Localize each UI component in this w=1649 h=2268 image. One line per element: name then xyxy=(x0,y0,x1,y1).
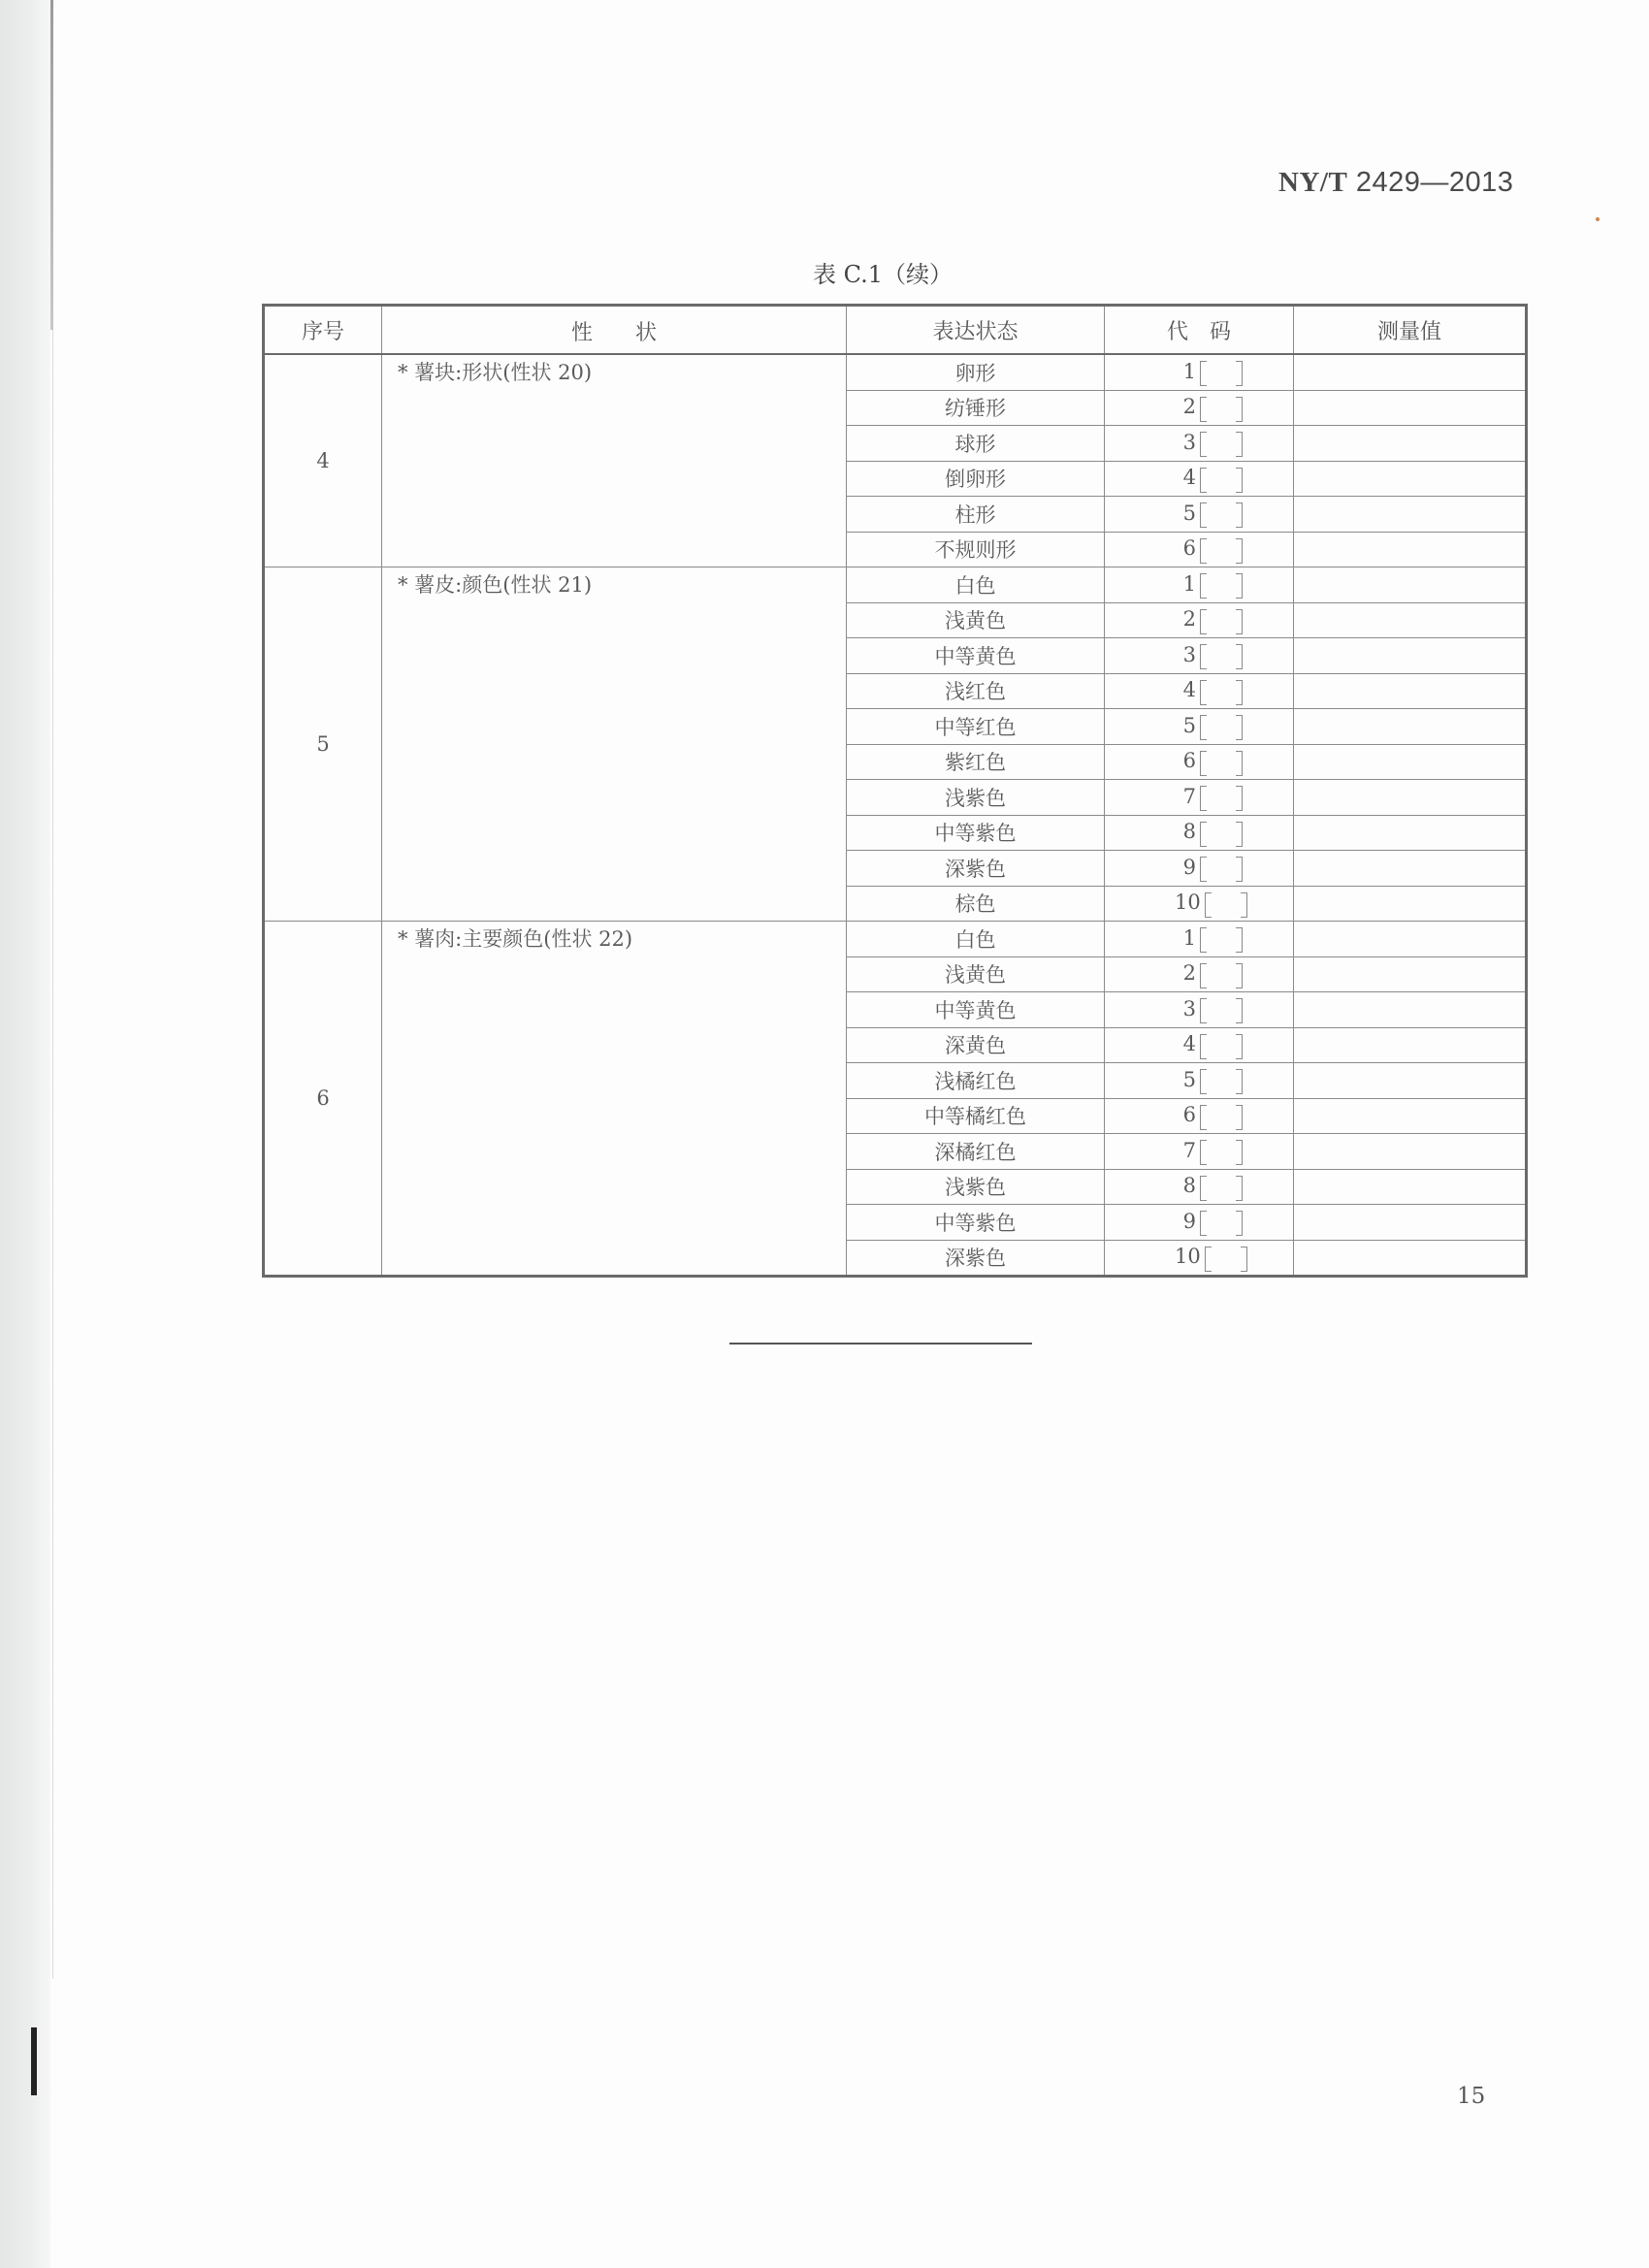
code-checkbox[interactable] xyxy=(1200,1068,1243,1093)
code-number: 3 xyxy=(1175,643,1196,666)
page-number: 15 xyxy=(1457,2084,1485,2109)
measured-value-cell[interactable] xyxy=(1294,1063,1527,1099)
expression-state: 浅红色 xyxy=(847,673,1105,709)
code-cell: 3 xyxy=(1105,638,1294,674)
code-number: 8 xyxy=(1175,1174,1196,1197)
measured-value-cell[interactable] xyxy=(1294,1169,1527,1205)
code-number: 10 xyxy=(1175,891,1201,914)
code-entry: 4 xyxy=(1175,1032,1258,1058)
measured-value-cell[interactable] xyxy=(1294,709,1527,745)
code-number: 5 xyxy=(1175,502,1196,525)
code-cell: 10 xyxy=(1105,886,1294,922)
measured-value-cell[interactable] xyxy=(1294,956,1527,992)
code-number: 2 xyxy=(1175,607,1196,631)
code-number: 6 xyxy=(1175,749,1196,772)
code-entry: 3 xyxy=(1175,643,1258,669)
expression-state: 紫红色 xyxy=(847,744,1105,780)
standard-number: 2429—2013 xyxy=(1356,167,1514,198)
code-cell: 1 xyxy=(1105,354,1294,390)
code-number: 6 xyxy=(1175,1103,1196,1126)
scan-edge-mark xyxy=(31,2027,37,2095)
trait-name: * 薯皮:颜色(性状 21) xyxy=(382,567,847,922)
measured-value-cell[interactable] xyxy=(1294,673,1527,709)
measured-value-cell[interactable] xyxy=(1294,815,1527,851)
expression-state: 中等橘红色 xyxy=(847,1098,1105,1134)
code-checkbox[interactable] xyxy=(1200,1104,1243,1129)
code-number: 3 xyxy=(1175,431,1196,454)
expression-state: 深紫色 xyxy=(847,1240,1105,1277)
code-cell: 8 xyxy=(1105,1169,1294,1205)
code-checkbox[interactable] xyxy=(1200,643,1243,668)
code-checkbox[interactable] xyxy=(1200,1210,1243,1235)
column-header-code: 代 码 xyxy=(1105,306,1294,355)
code-entry: 1 xyxy=(1175,572,1258,599)
code-entry: 2 xyxy=(1175,961,1258,988)
code-number: 1 xyxy=(1175,572,1196,596)
column-header-measured: 测量值 xyxy=(1294,306,1527,355)
code-checkbox[interactable] xyxy=(1200,679,1243,704)
code-entry: 6 xyxy=(1175,536,1258,563)
measured-value-cell[interactable] xyxy=(1294,992,1527,1028)
code-number: 3 xyxy=(1175,997,1196,1021)
code-number: 2 xyxy=(1175,395,1196,418)
code-cell: 1 xyxy=(1105,567,1294,603)
code-entry: 9 xyxy=(1175,1210,1258,1236)
code-checkbox[interactable] xyxy=(1200,997,1243,1022)
row-number: 6 xyxy=(264,922,382,1277)
scan-speck xyxy=(1596,217,1600,221)
expression-state: 浅紫色 xyxy=(847,1169,1105,1205)
expression-state: 中等红色 xyxy=(847,709,1105,745)
code-cell: 10 xyxy=(1105,1240,1294,1277)
expression-state: 深橘红色 xyxy=(847,1134,1105,1170)
code-cell: 7 xyxy=(1105,780,1294,816)
code-checkbox[interactable] xyxy=(1205,1246,1247,1271)
code-entry: 7 xyxy=(1175,1139,1258,1165)
code-checkbox[interactable] xyxy=(1200,431,1243,456)
code-cell: 5 xyxy=(1105,709,1294,745)
code-cell: 5 xyxy=(1105,1063,1294,1099)
code-number: 10 xyxy=(1175,1245,1201,1268)
code-entry: 10 xyxy=(1175,1245,1258,1271)
code-checkbox[interactable] xyxy=(1200,537,1243,563)
code-cell: 1 xyxy=(1105,922,1294,957)
table-body: 4* 薯块:形状(性状 20)卵形1纺锤形2球形3倒卵形4柱形5不规则形65* … xyxy=(264,354,1527,1277)
code-checkbox[interactable] xyxy=(1205,891,1247,917)
measured-value-cell[interactable] xyxy=(1294,532,1527,567)
code-number: 6 xyxy=(1175,536,1196,560)
expression-state: 中等紫色 xyxy=(847,815,1105,851)
code-number: 5 xyxy=(1175,714,1196,737)
expression-state: 卵形 xyxy=(847,354,1105,390)
code-cell: 3 xyxy=(1105,426,1294,462)
code-checkbox[interactable] xyxy=(1200,750,1243,775)
code-cell: 5 xyxy=(1105,497,1294,533)
expression-state: 浅橘红色 xyxy=(847,1063,1105,1099)
code-entry: 5 xyxy=(1175,1068,1258,1094)
trait-name: * 薯块:形状(性状 20) xyxy=(382,354,847,567)
expression-state: 中等紫色 xyxy=(847,1205,1105,1241)
code-cell: 4 xyxy=(1105,673,1294,709)
measured-value-cell[interactable] xyxy=(1294,744,1527,780)
code-entry: 6 xyxy=(1175,1103,1258,1129)
expression-state: 球形 xyxy=(847,426,1105,462)
measured-value-cell[interactable] xyxy=(1294,851,1527,887)
expression-state: 棕色 xyxy=(847,886,1105,922)
expression-state: 纺锤形 xyxy=(847,390,1105,426)
expression-state: 浅黄色 xyxy=(847,956,1105,992)
trait-table: 序号 性 状 表达状态 代 码 测量值 4* 薯块:形状(性状 20)卵形1纺锤… xyxy=(262,304,1528,1278)
code-number: 5 xyxy=(1175,1068,1196,1091)
measured-value-cell[interactable] xyxy=(1294,1098,1527,1134)
code-entry: 7 xyxy=(1175,785,1258,811)
end-of-document-rule xyxy=(729,1343,1032,1345)
code-number: 9 xyxy=(1175,1210,1196,1233)
expression-state: 中等黄色 xyxy=(847,638,1105,674)
code-entry: 2 xyxy=(1175,607,1258,633)
code-checkbox[interactable] xyxy=(1200,962,1243,988)
measured-value-cell[interactable] xyxy=(1294,567,1527,603)
code-checkbox[interactable] xyxy=(1200,502,1243,527)
table-caption: 表 C.1（续） xyxy=(0,255,1649,289)
code-number: 4 xyxy=(1175,1032,1196,1055)
expression-state: 浅紫色 xyxy=(847,780,1105,816)
code-checkbox[interactable] xyxy=(1200,926,1243,952)
code-number: 8 xyxy=(1175,820,1196,843)
trait-name: * 薯肉:主要颜色(性状 22) xyxy=(382,922,847,1277)
row-number: 4 xyxy=(264,354,382,567)
code-number: 7 xyxy=(1175,1139,1196,1162)
measured-value-cell[interactable] xyxy=(1294,602,1527,638)
standard-code: NY/T 2429—2013 xyxy=(1278,167,1513,199)
measured-value-cell[interactable] xyxy=(1294,1205,1527,1241)
code-checkbox[interactable] xyxy=(1200,608,1243,633)
expression-state: 白色 xyxy=(847,567,1105,603)
code-entry: 8 xyxy=(1175,1174,1258,1200)
column-header-trait: 性 状 xyxy=(382,306,847,355)
expression-state: 深黄色 xyxy=(847,1027,1105,1063)
scan-spine-shadow xyxy=(0,0,50,2268)
code-checkbox[interactable] xyxy=(1200,467,1243,492)
code-checkbox[interactable] xyxy=(1200,1033,1243,1058)
code-cell: 2 xyxy=(1105,602,1294,638)
code-cell: 9 xyxy=(1105,851,1294,887)
code-entry: 5 xyxy=(1175,502,1258,528)
measured-value-cell[interactable] xyxy=(1294,886,1527,922)
code-cell: 8 xyxy=(1105,815,1294,851)
code-entry: 3 xyxy=(1175,997,1258,1023)
code-entry: 1 xyxy=(1175,360,1258,386)
table-row: 6* 薯肉:主要颜色(性状 22)白色1 xyxy=(264,922,1527,957)
table-row: 4* 薯块:形状(性状 20)卵形1 xyxy=(264,354,1527,390)
code-checkbox[interactable] xyxy=(1200,572,1243,598)
measured-value-cell[interactable] xyxy=(1294,638,1527,674)
code-entry: 8 xyxy=(1175,820,1258,846)
code-entry: 2 xyxy=(1175,395,1258,421)
expression-state: 不规则形 xyxy=(847,532,1105,567)
measured-value-cell[interactable] xyxy=(1294,390,1527,426)
table-header-row: 序号 性 状 表达状态 代 码 测量值 xyxy=(264,306,1527,355)
expression-state: 浅黄色 xyxy=(847,602,1105,638)
expression-state: 柱形 xyxy=(847,497,1105,533)
measured-value-cell[interactable] xyxy=(1294,1240,1527,1277)
code-number: 7 xyxy=(1175,785,1196,808)
code-cell: 6 xyxy=(1105,1098,1294,1134)
code-entry: 4 xyxy=(1175,466,1258,492)
column-header-no: 序号 xyxy=(264,306,382,355)
code-number: 4 xyxy=(1175,466,1196,489)
code-number: 1 xyxy=(1175,360,1196,383)
code-cell: 6 xyxy=(1105,532,1294,567)
code-entry: 6 xyxy=(1175,749,1258,775)
measured-value-cell[interactable] xyxy=(1294,354,1527,390)
code-entry: 4 xyxy=(1175,678,1258,704)
code-cell: 4 xyxy=(1105,1027,1294,1063)
code-entry: 10 xyxy=(1175,891,1258,917)
standard-prefix: NY/T xyxy=(1278,167,1347,198)
measured-value-cell[interactable] xyxy=(1294,497,1527,533)
scan-binding-line-faint xyxy=(52,330,53,1979)
code-cell: 2 xyxy=(1105,390,1294,426)
row-number: 5 xyxy=(264,567,382,922)
code-number: 9 xyxy=(1175,856,1196,879)
code-entry: 9 xyxy=(1175,856,1258,882)
code-cell: 6 xyxy=(1105,744,1294,780)
expression-state: 深紫色 xyxy=(847,851,1105,887)
code-entry: 5 xyxy=(1175,714,1258,740)
code-cell: 2 xyxy=(1105,956,1294,992)
table-row: 5* 薯皮:颜色(性状 21)白色1 xyxy=(264,567,1527,603)
code-checkbox[interactable] xyxy=(1200,821,1243,846)
column-header-state: 表达状态 xyxy=(847,306,1105,355)
expression-state: 倒卵形 xyxy=(847,461,1105,497)
measured-value-cell[interactable] xyxy=(1294,1134,1527,1170)
code-checkbox[interactable] xyxy=(1200,714,1243,739)
code-cell: 4 xyxy=(1105,461,1294,497)
code-entry: 1 xyxy=(1175,926,1258,953)
expression-state: 中等黄色 xyxy=(847,992,1105,1028)
code-number: 1 xyxy=(1175,926,1196,950)
measured-value-cell[interactable] xyxy=(1294,1027,1527,1063)
code-checkbox[interactable] xyxy=(1200,396,1243,421)
measured-value-cell[interactable] xyxy=(1294,780,1527,816)
measured-value-cell[interactable] xyxy=(1294,461,1527,497)
code-cell: 3 xyxy=(1105,992,1294,1028)
measured-value-cell[interactable] xyxy=(1294,426,1527,462)
code-number: 2 xyxy=(1175,961,1196,985)
code-checkbox[interactable] xyxy=(1200,1175,1243,1200)
code-entry: 3 xyxy=(1175,431,1258,457)
code-cell: 7 xyxy=(1105,1134,1294,1170)
measured-value-cell[interactable] xyxy=(1294,922,1527,957)
code-cell: 9 xyxy=(1105,1205,1294,1241)
code-checkbox[interactable] xyxy=(1200,785,1243,810)
code-checkbox[interactable] xyxy=(1200,856,1243,881)
code-number: 4 xyxy=(1175,678,1196,701)
expression-state: 白色 xyxy=(847,922,1105,957)
code-checkbox[interactable] xyxy=(1200,1139,1243,1164)
code-checkbox[interactable] xyxy=(1200,360,1243,385)
